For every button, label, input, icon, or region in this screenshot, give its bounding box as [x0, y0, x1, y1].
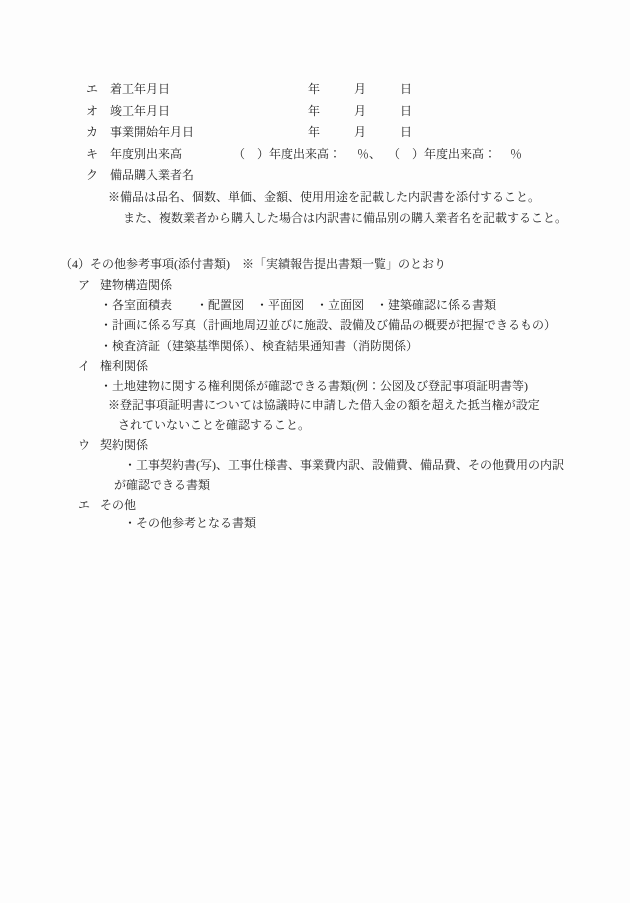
date-unit-day: 日 — [400, 81, 412, 98]
date-unit-year: 年 — [308, 81, 320, 98]
item-label: 事業開始年月日 — [110, 124, 194, 141]
group-title: 建物構造関係 — [100, 277, 172, 294]
note-line-continuation: されていないことを確認すること。 — [118, 417, 310, 434]
note-text: また、複数業者から購入した場合は内訳書に備品別の購入業者名を記載すること。 — [123, 210, 567, 227]
group-b-line-2: ※登記事項証明書については協議時に申請した借入金の額を超えた抵当権が設定 — [0, 397, 630, 414]
progress-bracket-1: （ ）年度出来高： — [233, 146, 341, 163]
group-b-line-3: されていないことを確認すること。 — [0, 417, 630, 434]
group-c-line-1: ・工事契約書(写)、工事仕様書、事業費内訳、設備費、備品費、その他費用の内訳 — [0, 457, 630, 474]
group-d-line-1: ・その他参考となる書類 — [0, 515, 630, 532]
progress-percent-2: ％ — [510, 146, 522, 163]
document-page: エ 着工年月日 年 月 日 オ 竣工年月日 年 月 日 カ 事業開始年月日 年 … — [0, 0, 630, 903]
group-a-line-1: ・各室面積表 ・配置図 ・平面図 ・立面図 ・建築確認に係る書類 — [0, 297, 630, 314]
item-marker: カ — [86, 124, 98, 141]
bullet-line-continuation: が確認できる書類 — [114, 477, 210, 494]
date-unit-month: 月 — [354, 103, 366, 120]
progress-percent-1: ％、 — [357, 146, 381, 163]
group-marker: ア — [78, 277, 90, 294]
schedule-row-yearly-progress: キ 年度別出来高 （ ）年度出来高： ％、 （ ）年度出来高： ％ — [0, 146, 630, 163]
item-label: 着工年月日 — [110, 81, 170, 98]
note-line: ※登記事項証明書については協議時に申請した借入金の額を超えた抵当権が設定 — [108, 397, 540, 414]
group-title: 契約関係 — [100, 437, 148, 454]
bullet-line: ・計画に係る写真（計画地周辺並びに施設、設備及び備品の概要が把握できるもの） — [100, 317, 556, 334]
section4-heading: （4）その他参考事項(添付書類) ※「実績報告提出書類一覧」のとおり — [60, 256, 446, 273]
bullet-line: ・各室面積表 ・配置図 ・平面図 ・立面図 ・建築確認に係る書類 — [100, 297, 496, 314]
bullet-line: ・その他参考となる書類 — [124, 515, 256, 532]
date-unit-year: 年 — [308, 124, 320, 141]
group-marker: イ — [78, 358, 90, 375]
date-unit-year: 年 — [308, 103, 320, 120]
group-a-title-row: ア 建物構造関係 — [0, 277, 630, 294]
item-label: 竣工年月日 — [110, 103, 170, 120]
schedule-row-construction-start: エ 着工年月日 年 月 日 — [0, 81, 630, 98]
date-unit-month: 月 — [354, 124, 366, 141]
group-marker: エ — [78, 497, 90, 514]
group-d-title-row: エ その他 — [0, 497, 630, 514]
bullet-line: ・土地建物に関する権利関係が確認できる書類(例：公図及び登記事項証明書等) — [100, 378, 528, 395]
date-unit-day: 日 — [400, 124, 412, 141]
bullet-line: ・検査済証（建築基準関係）、検査結果通知書（消防関係） — [100, 338, 418, 355]
item-marker: エ — [86, 81, 98, 98]
item-marker: キ — [86, 146, 98, 163]
item-marker: ク — [86, 167, 98, 184]
date-unit-day: 日 — [400, 103, 412, 120]
group-title: その他 — [100, 497, 136, 514]
item-label: 年度別出来高 — [110, 146, 182, 163]
note-text: ※備品は品名、個数、単価、金額、使用用途を記載した内訳書を添付すること。 — [108, 189, 540, 206]
group-a-line-2: ・計画に係る写真（計画地周辺並びに施設、設備及び備品の概要が把握できるもの） — [0, 317, 630, 334]
section4-heading-row: （4）その他参考事項(添付書類) ※「実績報告提出書類一覧」のとおり — [0, 256, 630, 273]
group-b-line-1: ・土地建物に関する権利関係が確認できる書類(例：公図及び登記事項証明書等) — [0, 378, 630, 395]
group-title: 権利関係 — [100, 358, 148, 375]
group-b-title-row: イ 権利関係 — [0, 358, 630, 375]
group-marker: ウ — [78, 437, 90, 454]
equipment-note-line-2: また、複数業者から購入した場合は内訳書に備品別の購入業者名を記載すること。 — [0, 210, 630, 227]
item-label: 備品購入業者名 — [110, 167, 194, 184]
schedule-row-equipment-vendor: ク 備品購入業者名 — [0, 167, 630, 184]
group-c-title-row: ウ 契約関係 — [0, 437, 630, 454]
item-marker: オ — [86, 103, 98, 120]
progress-bracket-2: （ ）年度出来高： — [388, 146, 496, 163]
date-unit-month: 月 — [354, 81, 366, 98]
schedule-row-construction-completion: オ 竣工年月日 年 月 日 — [0, 103, 630, 120]
group-a-line-3: ・検査済証（建築基準関係）、検査結果通知書（消防関係） — [0, 338, 630, 355]
group-c-line-2: が確認できる書類 — [0, 477, 630, 494]
equipment-note-line-1: ※備品は品名、個数、単価、金額、使用用途を記載した内訳書を添付すること。 — [0, 189, 630, 206]
schedule-row-business-start: カ 事業開始年月日 年 月 日 — [0, 124, 630, 141]
bullet-line: ・工事契約書(写)、工事仕様書、事業費内訳、設備費、備品費、その他費用の内訳 — [124, 457, 564, 474]
